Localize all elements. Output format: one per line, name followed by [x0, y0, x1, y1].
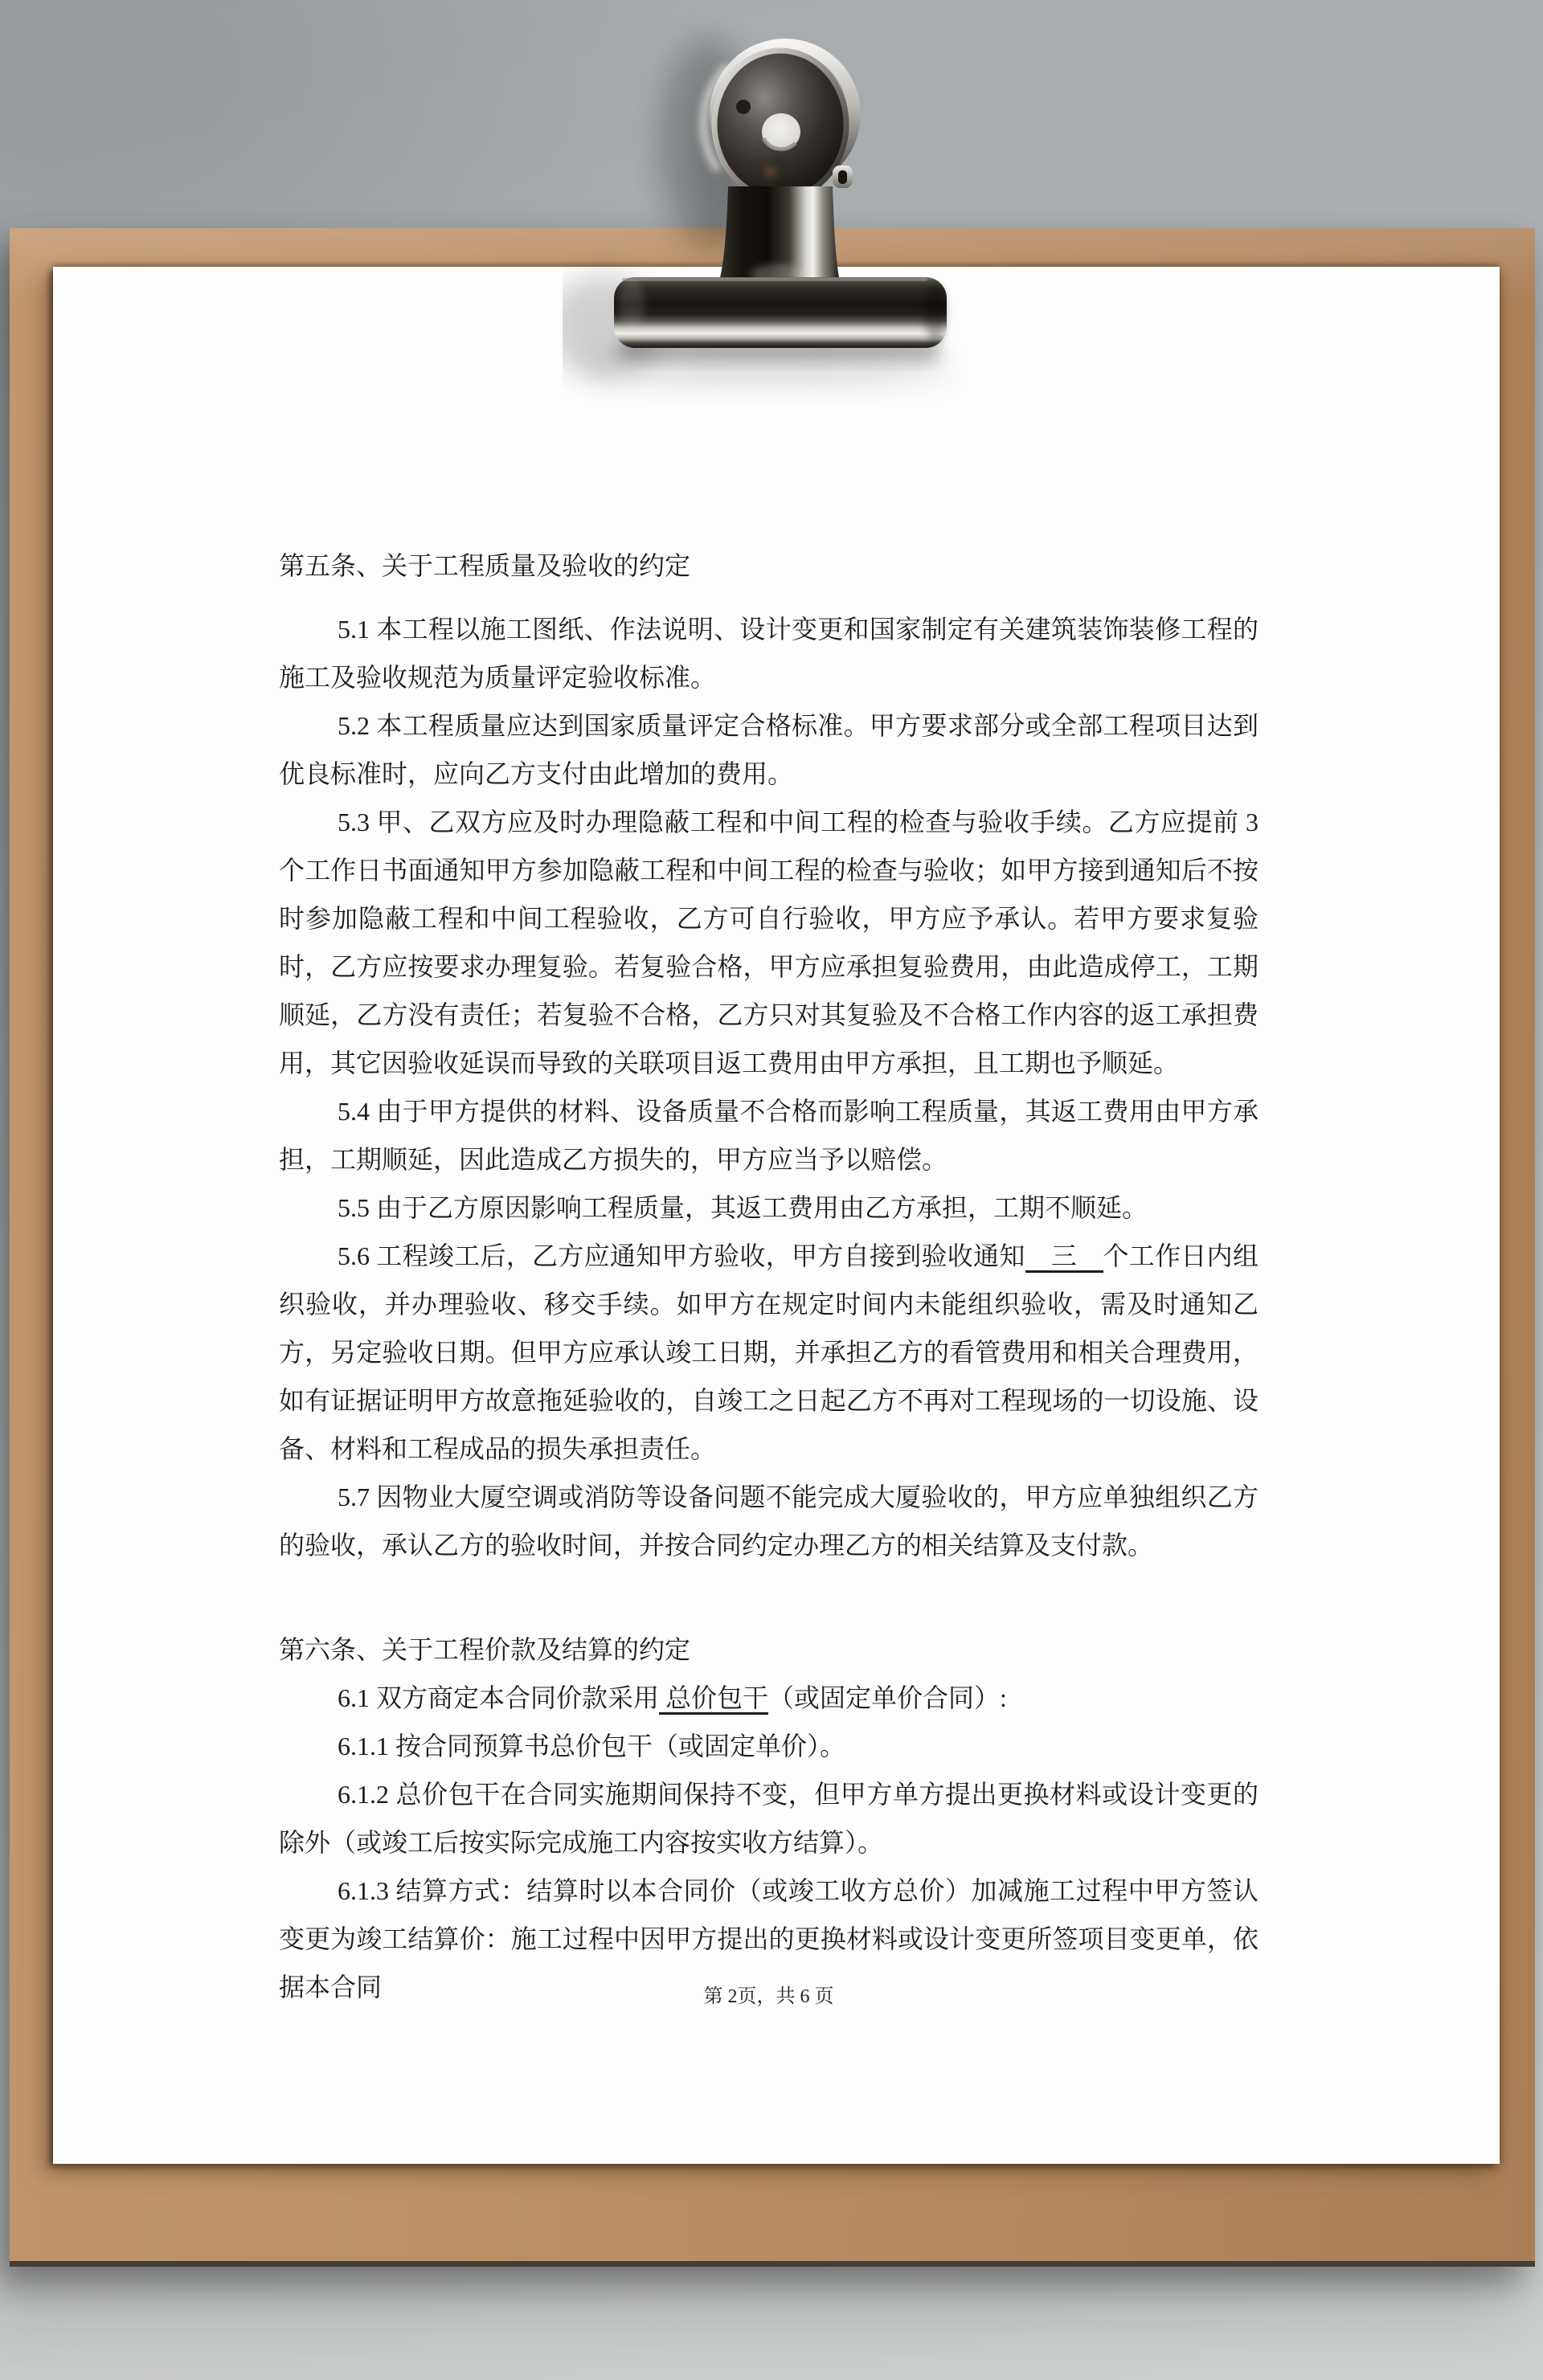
filled-blank-underline: 三 — [1025, 1241, 1103, 1273]
contract-text: 第五条、关于工程质量及验收的约定5.1 本工程以施工图纸、作法说明、设计变更和国… — [279, 542, 1259, 2011]
filled-blank-underline: 总价包干 — [659, 1683, 768, 1715]
paragraph-text: 5.1 本工程以施工图纸、作法说明、设计变更和国家制定有关建筑装饰装修工程的施工… — [279, 615, 1259, 692]
paragraph-text: 6.1 双方商定本合同价款采用 — [338, 1683, 659, 1712]
clip-bar — [614, 277, 947, 348]
clip-reflection — [766, 167, 776, 177]
contract-paragraph: 5.7 因物业大厦空调或消防等设备问题不能完成大厦验收的，甲方应单独组织乙方的验… — [279, 1473, 1259, 1569]
paragraph-text: 5.6 工程竣工后，乙方应通知甲方验收，甲方自接到验收通知 — [338, 1241, 1025, 1270]
contract-paragraph: 5.3 甲、乙双方应及时办理隐蔽工程和中间工程的检查与验收手续。乙方应提前 3 … — [279, 798, 1259, 1087]
paragraph-text: 5.4 由于甲方提供的材料、设备质量不合格而影响工程质量，其返工费用由甲方承担，… — [279, 1097, 1259, 1174]
binder-clip — [563, 0, 980, 402]
paragraph-text: 6.1.2 总价包干在合同实施期间保持不变，但甲方单方提出更换材料或设计变更的除… — [279, 1780, 1259, 1857]
photo-scene: 第五条、关于工程质量及验收的约定5.1 本工程以施工图纸、作法说明、设计变更和国… — [0, 0, 1543, 2380]
paragraph-text: 5.3 甲、乙双方应及时办理隐蔽工程和中间工程的检查与验收手续。乙方应提前 3 … — [279, 808, 1259, 1078]
paragraph-text: 6.1.3 结算方式：结算时以本合同价（或竣工收方总价）加减施工过程中甲方签认变… — [279, 1876, 1259, 2002]
paragraph-text: 个工作日内组织验收，并办理验收、移交手续。如甲方在规定时间内未能组织验收，需及时… — [279, 1241, 1259, 1463]
contract-paragraph: 5.2 本工程质量应达到国家质量评定合格标准。甲方要求部分或全部工程项目达到优良… — [279, 701, 1259, 798]
contract-paragraph: 5.4 由于甲方提供的材料、设备质量不合格而影响工程质量，其返工费用由甲方承担，… — [279, 1087, 1259, 1184]
clip-bar-glint — [619, 280, 645, 328]
contract-paragraph: 6.1.2 总价包干在合同实施期间保持不变，但甲方单方提出更换材料或设计变更的除… — [279, 1770, 1259, 1867]
contract-paragraph: 6.1 双方商定本合同价款采用 总价包干（或固定单价合同）: — [279, 1674, 1259, 1722]
clip-bar-endshade — [924, 284, 947, 342]
clip-bar-topline — [622, 278, 927, 281]
paragraph-text: 5.5 由于乙方原因影响工程质量，其返工费用由乙方承担，工期不顺延。 — [338, 1193, 1148, 1222]
paragraph-text: 5.7 因物业大厦空调或消防等设备问题不能完成大厦验收的，甲方应单独组织乙方的验… — [279, 1482, 1259, 1560]
contract-paragraph: 6.1.1 按合同预算书总价包干（或固定单价）。 — [279, 1722, 1259, 1770]
clip-shadow — [575, 352, 952, 384]
clip-reflection — [776, 153, 784, 178]
section-heading: 第五条、关于工程质量及验收的约定 — [279, 542, 1259, 590]
clip-wire-slot — [838, 170, 847, 184]
paragraph-text: 5.2 本工程质量应达到国家质量评定合格标准。甲方要求部分或全部工程项目达到优良… — [279, 711, 1259, 788]
contract-paragraph: 5.1 本工程以施工图纸、作法说明、设计变更和国家制定有关建筑装饰装修工程的施工… — [279, 605, 1259, 701]
section-heading: 第六条、关于工程价款及结算的约定 — [279, 1626, 1259, 1674]
contract-page: 第五条、关于工程质量及验收的约定5.1 本工程以施工图纸、作法说明、设计变更和国… — [53, 267, 1500, 2164]
contract-paragraph: 5.5 由于乙方原因影响工程质量，其返工费用由乙方承担，工期不顺延。 — [279, 1184, 1259, 1232]
contract-paragraph: 5.6 工程竣工后，乙方应通知甲方验收，甲方自接到验收通知 三 个工作日内组织验… — [279, 1232, 1259, 1473]
clip-coil-speck — [736, 100, 751, 114]
page-number-footer: 第 2页，共 6 页 — [279, 1985, 1259, 2009]
paragraph-text: （或固定单价合同）: — [768, 1683, 1007, 1712]
paragraph-text: 6.1.1 按合同预算书总价包干（或固定单价）。 — [338, 1732, 845, 1760]
